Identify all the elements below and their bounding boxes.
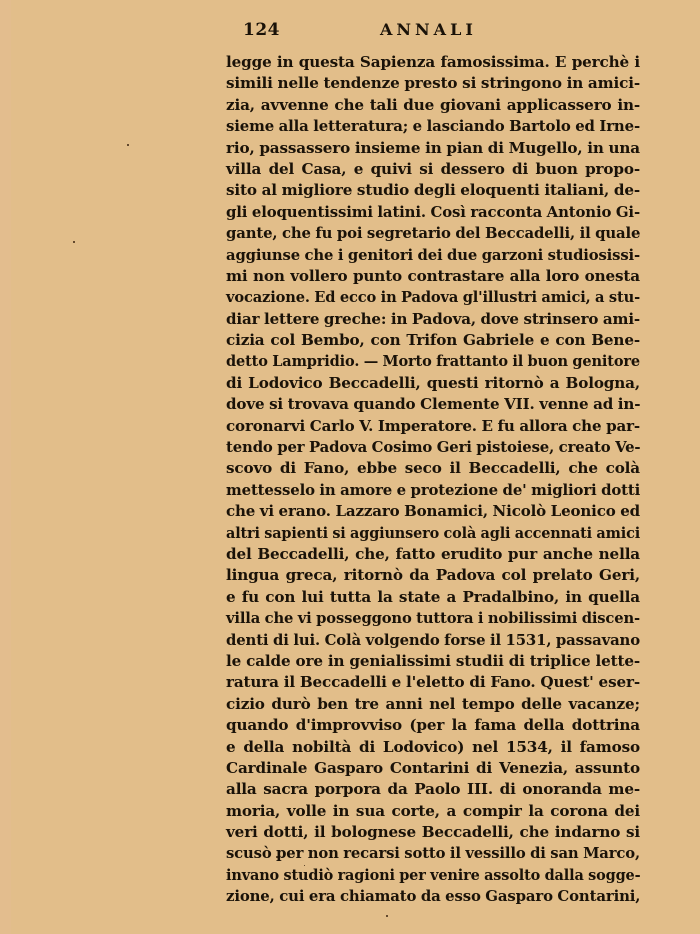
running-head: 124 ANNALI bbox=[226, 20, 640, 50]
text-line: cizia col Bembo, con Trifon Gabriele e c… bbox=[226, 330, 640, 351]
text-line: gante, che fu poi segretario del Beccade… bbox=[226, 223, 640, 244]
text-line: ratura il Beccadelli e l'eletto di Fano.… bbox=[226, 672, 640, 693]
text-line: cizio durò ben tre anni nel tempo delle … bbox=[226, 694, 640, 715]
text-line: dove si trovava quando Clemente VII. ven… bbox=[226, 394, 640, 415]
text-line: sieme alla letteratura; e lasciando Bart… bbox=[226, 116, 640, 137]
text-line: alla sacra porpora da Paolo III. di onor… bbox=[226, 779, 640, 800]
page-number: 124 bbox=[243, 20, 280, 40]
text-line: zione, cui era chiamato da esso Gasparo … bbox=[226, 886, 640, 907]
text-line: altri sapienti si aggiunsero colà agli a… bbox=[226, 523, 640, 544]
margin-speck bbox=[386, 915, 388, 917]
text-line: e fu con lui tutta la state a Pradalbino… bbox=[226, 587, 640, 608]
text-line: e della nobiltà di Lodovico) nel 1534, i… bbox=[226, 737, 640, 758]
text-line: le calde ore in genialissimi studii di t… bbox=[226, 651, 640, 672]
text-line: lingua greca, ritornò da Padova col prel… bbox=[226, 565, 640, 586]
text-line: del Beccadelli, che, fatto erudito pur a… bbox=[226, 544, 640, 565]
text-line: sito al migliore studio degli eloquenti … bbox=[226, 180, 640, 201]
text-line: tendo per Padova Cosimo Geri pistoiese, … bbox=[226, 437, 640, 458]
margin-speck bbox=[127, 144, 129, 146]
text-line: coronarvi Carlo V. Imperatore. E fu allo… bbox=[226, 416, 640, 437]
text-line: simili nelle tendenze presto si stringon… bbox=[226, 73, 640, 94]
running-title: ANNALI bbox=[380, 20, 477, 39]
text-line: che vi erano. Lazzaro Bonamici, Nicolò L… bbox=[226, 501, 640, 522]
text-line: invano studiò ragioni per venire assolto… bbox=[226, 865, 640, 886]
text-line: gli eloquentissimi latini. Così racconta… bbox=[226, 202, 640, 223]
text-line: veri dotti, il bolognese Beccadelli, che… bbox=[226, 822, 640, 843]
book-page: 124 ANNALI legge in questa Sapienza famo… bbox=[226, 20, 640, 908]
text-line: mi non vollero punto contrastare alla lo… bbox=[226, 266, 640, 287]
text-line: rio, passassero insieme in pian di Mugel… bbox=[226, 138, 640, 159]
text-line: diar lettere greche: in Padova, dove str… bbox=[226, 309, 640, 330]
text-line: aggiunse che i genitori dei due garzoni … bbox=[226, 245, 640, 266]
text-line: di Lodovico Beccadelli, questi ritornò a… bbox=[226, 373, 640, 394]
text-line: mettesselo in amore e protezione de' mig… bbox=[226, 480, 640, 501]
text-line: zia, avvenne che tali due giovani applic… bbox=[226, 95, 640, 116]
margin-speck bbox=[73, 241, 75, 243]
text-line: scovo di Fano, ebbe seco il Beccadelli, … bbox=[226, 458, 640, 479]
body-text: legge in questa Sapienza famosissima. E … bbox=[226, 52, 640, 908]
text-line: moria, volle in sua corte, a compir la c… bbox=[226, 801, 640, 822]
text-line: villa del Casa, e quivi si dessero di bu… bbox=[226, 159, 640, 180]
text-line: denti di lui. Colà volgendo forse il 153… bbox=[226, 630, 640, 651]
text-line: villa che vi posseggono tuttora i nobili… bbox=[226, 608, 640, 629]
text-line: vocazione. Ed ecco in Padova gl'illustri… bbox=[226, 287, 640, 308]
page-left-edge bbox=[0, 0, 11, 934]
text-line: quando d'improvviso (per la fama della d… bbox=[226, 715, 640, 736]
text-line: Cardinale Gasparo Contarini di Venezia, … bbox=[226, 758, 640, 779]
text-line: legge in questa Sapienza famosissima. E … bbox=[226, 52, 640, 73]
text-line: detto Lampridio. — Morto frattanto il bu… bbox=[226, 351, 640, 372]
text-line: scusò per non recarsi sotto il vessillo … bbox=[226, 843, 640, 864]
